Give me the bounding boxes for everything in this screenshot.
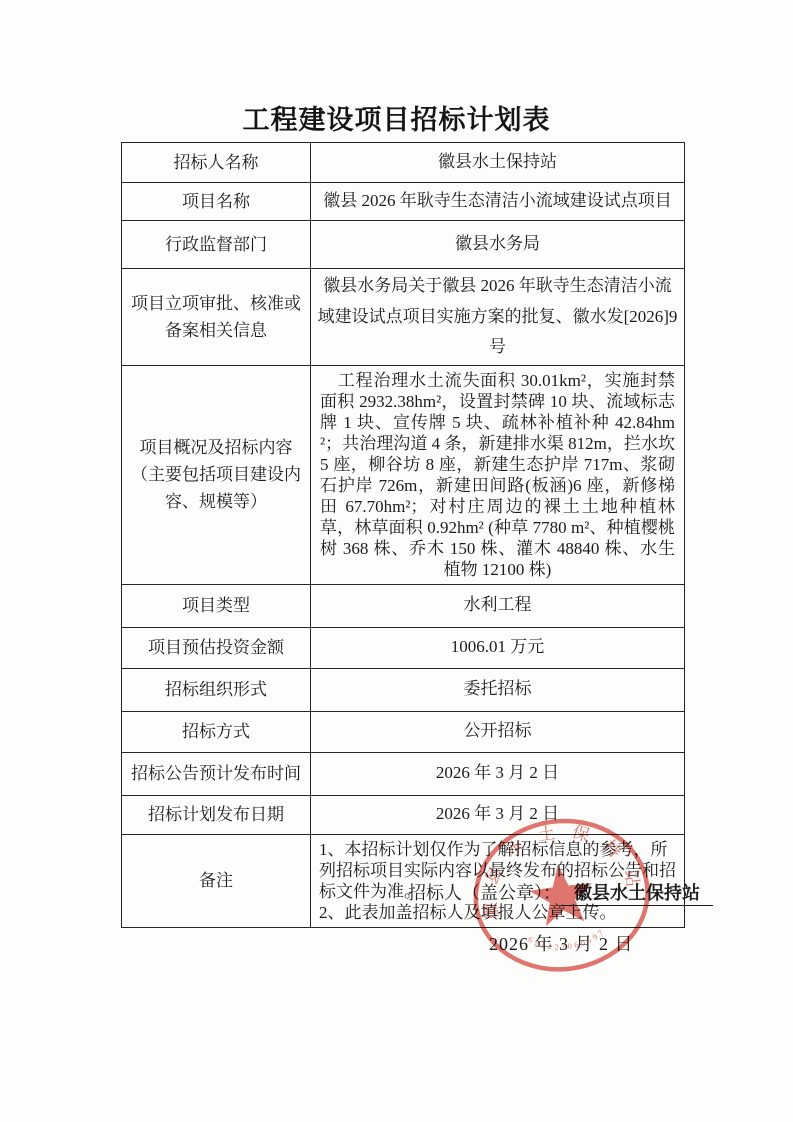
table-row-bidder-name: 招标人名称 徽县水土保持站 <box>122 143 685 183</box>
row-label: 项目预估投资金额 <box>122 627 311 668</box>
scanned-document-page: { "page": { "title": "工程建设项目招标计划表" }, "t… <box>0 0 793 1122</box>
row-value: 徽县水务局关于徽县 2026 年耿寺生态清洁小流域建设试点项目实施方案的批复、徽… <box>311 269 685 366</box>
row-label: 项目名称 <box>122 183 311 221</box>
signature-date: 2026 年 3 月 2 日 <box>489 930 634 956</box>
table-row-approval-info: 项目立项审批、核准或备案相关信息 徽县水务局关于徽县 2026 年耿寺生态清洁小… <box>122 269 685 366</box>
row-value: 水利工程 <box>311 584 685 627</box>
row-label: 行政监督部门 <box>122 221 311 269</box>
row-label: 招标人名称 <box>122 143 311 183</box>
row-label: 项目类型 <box>122 584 311 627</box>
row-value: 徽县水务局 <box>311 221 685 269</box>
table-row-project-name: 项目名称 徽县 2026 年耿寺生态清洁小流域建设试点项目 <box>122 183 685 221</box>
row-label: 备注 <box>122 834 311 927</box>
document-title: 工程建设项目招标计划表 <box>0 98 793 137</box>
signature-line: 招标人（盖公章）：徽县水土保持站 <box>408 879 713 905</box>
row-value: 徽县 2026 年耿寺生态清洁小流域建设试点项目 <box>311 183 685 221</box>
signer-label: 招标人（盖公章）： <box>408 883 561 903</box>
row-value: 委托招标 <box>311 668 685 711</box>
row-value: 1006.01 万元 <box>311 627 685 668</box>
row-label: 招标公告预计发布时间 <box>122 752 311 795</box>
row-label: 招标方式 <box>122 711 311 752</box>
table-row-organization-form: 招标组织形式 委托招标 <box>122 668 685 711</box>
row-value: 公开招标 <box>311 711 685 752</box>
row-value: 徽县水土保持站 <box>311 143 685 183</box>
row-value: 工程治理水土流失面积 30.01km²，实施封禁面积 2932.38hm²，设置… <box>311 365 685 584</box>
table-row-project-type: 项目类型 水利工程 <box>122 584 685 627</box>
table-row-project-overview: 项目概况及招标内容（主要包括项目建设内容、规模等） 工程治理水土流失面积 30.… <box>122 365 685 584</box>
row-label: 项目立项审批、核准或备案相关信息 <box>122 269 311 366</box>
row-value: 2026 年 3 月 2 日 <box>311 752 685 795</box>
table-row-plan-publish-date: 招标计划发布日期 2026 年 3 月 2 日 <box>122 795 685 834</box>
table-row-estimated-investment: 项目预估投资金额 1006.01 万元 <box>122 627 685 668</box>
table-row-announcement-date: 招标公告预计发布时间 2026 年 3 月 2 日 <box>122 752 685 795</box>
row-label: 招标组织形式 <box>122 668 311 711</box>
table-row-supervising-department: 行政监督部门 徽县水务局 <box>122 221 685 269</box>
row-value: 2026 年 3 月 2 日 <box>311 795 685 834</box>
row-label: 项目概况及招标内容（主要包括项目建设内容、规模等） <box>122 365 311 584</box>
row-label: 招标计划发布日期 <box>122 795 311 834</box>
signer-name: 徽县水土保持站 <box>561 883 713 906</box>
tender-plan-table: 招标人名称 徽县水土保持站 项目名称 徽县 2026 年耿寺生态清洁小流域建设试… <box>121 142 685 928</box>
table-row-tender-method: 招标方式 公开招标 <box>122 711 685 752</box>
